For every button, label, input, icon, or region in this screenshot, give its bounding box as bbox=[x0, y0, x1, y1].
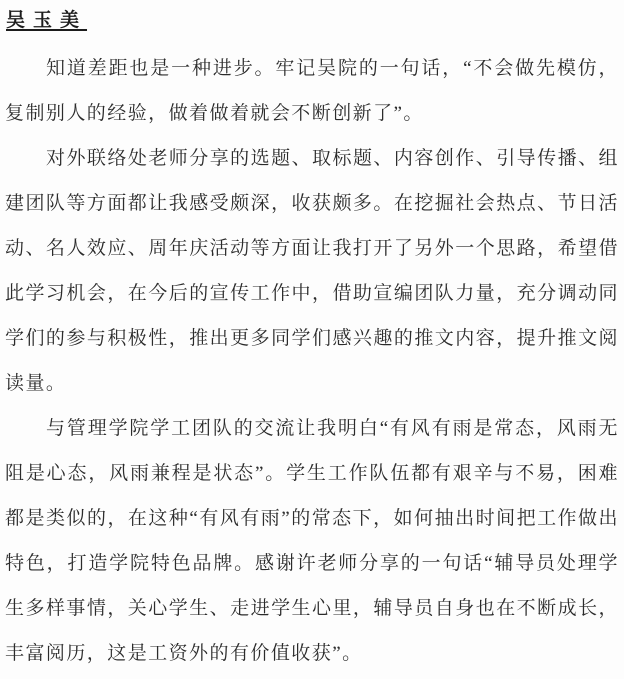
paragraph-knowing-gap: 知道差距也是一种进步。牢记吴院的一句话，“不会做先模仿，复制别人的经验，做着做着… bbox=[5, 46, 619, 136]
author-heading: 吴玉美 bbox=[6, 8, 619, 33]
document-page: 吴玉美 知道差距也是一种进步。牢记吴院的一句话，“不会做先模仿，复制别人的经验，… bbox=[0, 0, 624, 679]
paragraph-management-school-exchange: 与管理学院学工团队的交流让我明白“有风有雨是常态，风雨无阻是心态，风雨兼程是状态… bbox=[5, 406, 619, 676]
paragraph-external-liaison-sharing: 对外联络处老师分享的选题、取标题、内容创作、引导传播、组建团队等方面都让我感受颇… bbox=[5, 136, 619, 406]
